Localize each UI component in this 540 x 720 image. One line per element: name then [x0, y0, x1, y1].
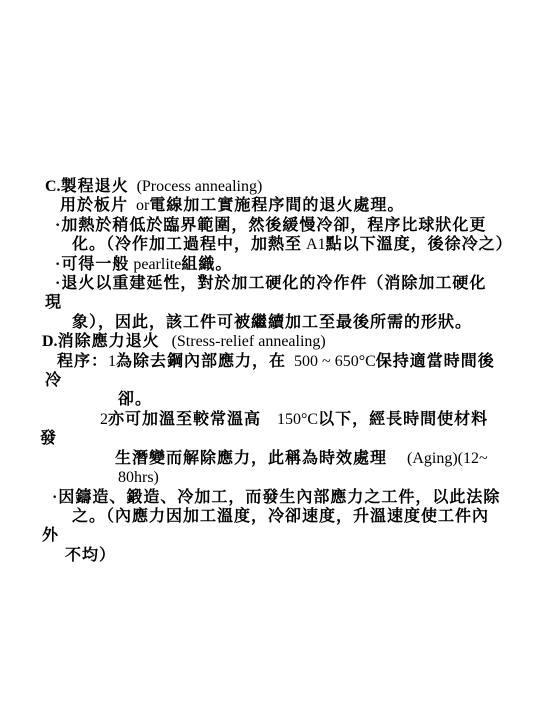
text-segment: 化。（冷作加工過程中，加熱至: [72, 236, 302, 253]
text-line: 象），因此，該工件可被繼續加工至最後所需的形狀。: [0, 313, 540, 332]
text-segment: 用於板片: [60, 197, 128, 214]
text-segment: C.: [45, 178, 61, 195]
text-segment: 之。（內應力因加工溫度，冷卻速度，升溫速度使工件內: [72, 508, 489, 525]
text-line: 用於板片 or電線加工實施程序間的退火處理。: [0, 196, 540, 215]
text-line: 現: [0, 293, 540, 312]
text-segment: 象），因此，該工件可被繼續加工至最後所需的形狀。: [72, 314, 472, 331]
text-line: 發: [0, 429, 540, 448]
text-segment: pearlite: [129, 256, 181, 273]
text-segment: ·可得一般: [55, 256, 129, 273]
text-segment: ·退火以重建延性，對於加工硬化的冷作件（消除加工硬化: [55, 275, 486, 292]
text-segment: 電線加工實施程序間的退火處理。: [149, 197, 404, 214]
text-line: 化。（冷作加工過程中，加熱至 A1點以下溫度，後徐冷之）: [0, 235, 540, 254]
text-line: ·退火以重建延性，對於加工硬化的冷作件（消除加工硬化: [0, 274, 540, 293]
text-line: 不均）: [0, 546, 540, 565]
text-segment: 亦可加溫至較常溫高: [108, 411, 261, 428]
text-line: 80hrs): [0, 468, 540, 487]
text-segment: 2: [100, 411, 108, 428]
text-line: 生潛變而解除應力，此稱為時效處理 (Aging)(12~: [0, 449, 540, 468]
text-line: 外: [0, 526, 540, 545]
text-segment: 組織。: [181, 256, 232, 273]
text-line: 2亦可加溫至較常溫高 150°C以下，經長時間使材料: [0, 410, 540, 429]
text-block: C.製程退火 (Process annealing)用於板片 or電線加工實施程…: [0, 177, 540, 565]
text-line: C.製程退火 (Process annealing): [0, 177, 540, 196]
text-line: 卻。: [0, 390, 540, 409]
text-line: ·因鑄造、鍛造、冷加工，而發生內部應力之工件，以此法除: [0, 488, 540, 507]
text-segment: 80hrs): [118, 469, 159, 486]
text-line: ·加熱於稍低於臨界範圍，然後緩慢冷卻，程序比球狀化更: [0, 216, 540, 235]
text-line: 冷: [0, 371, 540, 390]
text-segment: 消除應力退火: [58, 333, 160, 350]
text-line: D.消除應力退火 (Stress-relief annealing): [0, 332, 540, 351]
text-segment: 為除去鋼內部應力，在: [116, 353, 286, 370]
text-segment: 不均）: [65, 547, 116, 564]
text-line: ·可得一般 pearlite組織。: [0, 255, 540, 274]
text-segment: or: [128, 197, 149, 214]
text-segment: ·加熱於稍低於臨界範圍，然後緩慢冷卻，程序比球狀化更: [55, 217, 486, 234]
text-segment: 外: [42, 527, 59, 544]
text-segment: 保持適當時間後: [376, 353, 495, 370]
text-segment: 1: [108, 353, 116, 370]
text-segment: 點以下溫度，後徐冷之）: [326, 236, 513, 253]
text-segment: 卻。: [118, 391, 152, 408]
text-segment: (Process annealing): [129, 178, 263, 195]
text-line: 之。（內應力因加工溫度，冷卻速度，升溫速度使工件內: [0, 507, 540, 526]
text-segment: 500 ~ 650°C: [286, 353, 376, 370]
text-segment: A1: [302, 236, 326, 253]
text-segment: (Stress-relief annealing): [160, 333, 326, 350]
text-segment: (Aging)(12~: [387, 450, 488, 467]
text-segment: 冷: [45, 372, 62, 389]
text-segment: 以下，經長時間使材料: [318, 411, 488, 428]
text-segment: 現: [45, 294, 62, 311]
text-segment: 製程退火: [61, 178, 129, 195]
text-segment: 150°C: [261, 411, 318, 428]
text-line: 程序：1為除去鋼內部應力，在 500 ~ 650°C保持適當時間後: [0, 352, 540, 371]
text-segment: D.: [42, 333, 58, 350]
document-page: C.製程退火 (Process annealing)用於板片 or電線加工實施程…: [0, 0, 540, 720]
text-segment: 生潛變而解除應力，此稱為時效處理: [115, 450, 387, 467]
text-segment: ·因鑄造、鍛造、冷加工，而發生內部應力之工件，以此法除: [52, 489, 500, 506]
text-segment: 程序：: [57, 353, 108, 370]
text-segment: 發: [40, 430, 57, 447]
